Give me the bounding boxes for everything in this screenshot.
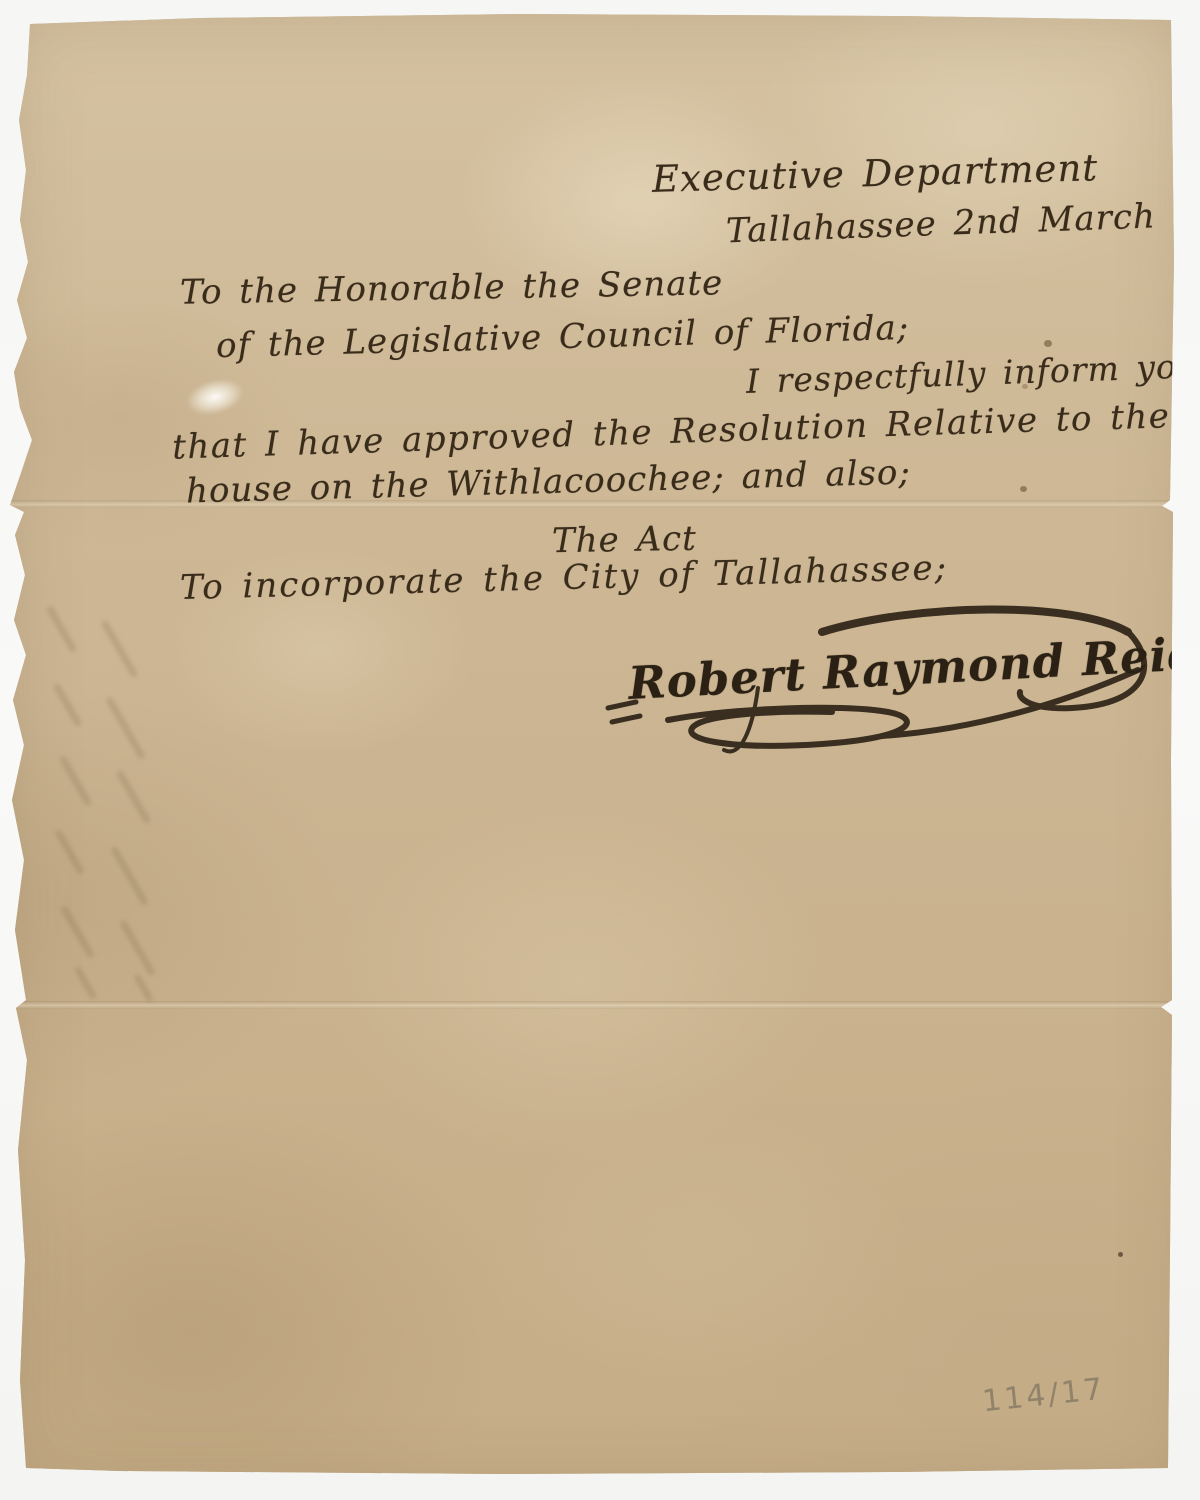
heading-place-date-line: Tallahassee 2nd March 1840 <box>725 193 1200 252</box>
ink-speck <box>1044 340 1052 347</box>
bleed-stroke <box>119 919 156 976</box>
paper-damage-spot <box>183 373 248 420</box>
bleed-stroke <box>110 846 149 907</box>
bleed-stroke <box>60 905 95 959</box>
ink-speck <box>1020 486 1027 492</box>
body-line-2: that I have approved the Resolution Rela… <box>172 392 1200 467</box>
fold-crease-upper <box>0 500 1200 508</box>
scan-background: Executive Department Tallahassee 2nd Mar… <box>0 0 1200 1500</box>
ink-speck <box>1118 1252 1123 1257</box>
bleed-through-marks <box>30 595 190 1005</box>
heading-office-line: Executive Department <box>652 146 1099 201</box>
bleed-stroke <box>45 605 77 654</box>
pencil-archive-number: 114/17 <box>981 1372 1108 1420</box>
salutation-line-1: To the Honorable the Senate <box>180 263 724 312</box>
body-line-1: I respectfully inform you <box>745 346 1199 401</box>
bleed-stroke <box>58 755 92 807</box>
bleed-stroke <box>133 973 154 1002</box>
bleed-stroke <box>105 696 146 760</box>
salutation-line-2: of the Legislative Council of Florida; <box>216 308 910 366</box>
bleed-stroke <box>73 966 97 1001</box>
bleed-stroke <box>54 829 85 876</box>
bleed-stroke <box>100 620 138 679</box>
bleed-stroke <box>115 769 151 824</box>
document-page: Executive Department Tallahassee 2nd Mar… <box>0 0 1200 1500</box>
bleed-stroke <box>52 682 82 727</box>
